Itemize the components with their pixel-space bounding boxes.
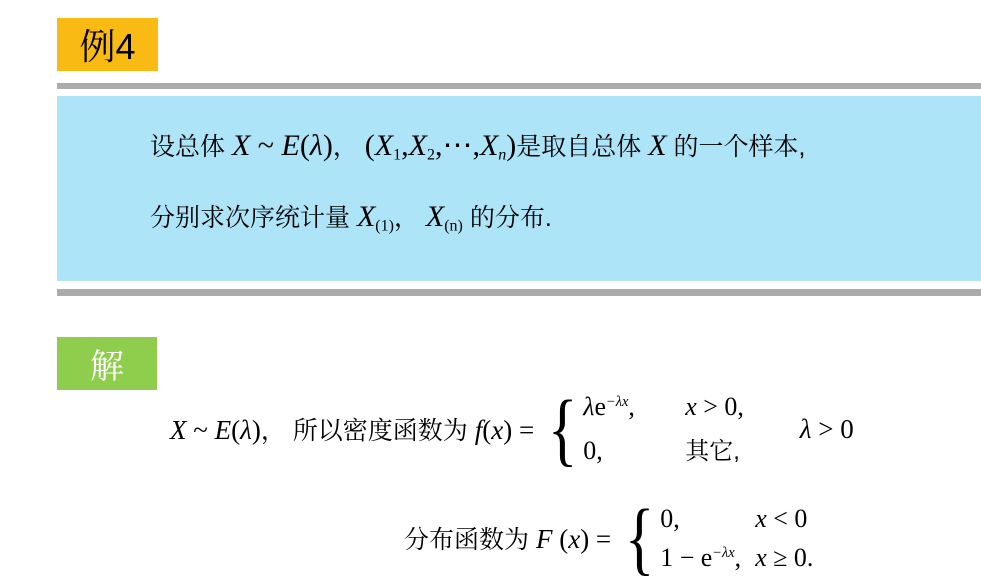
text-segment: X xyxy=(170,415,187,445)
distribution-case-1-condition: x < 0 xyxy=(755,504,807,534)
text-segment: x xyxy=(685,392,697,421)
text-segment: λ xyxy=(583,392,594,421)
text-segment: ， xyxy=(394,204,426,232)
text-segment: E xyxy=(215,415,232,445)
density-case-row-1: λe−λx, x > 0, xyxy=(583,392,744,422)
text-segment: X xyxy=(480,129,498,162)
text-segment: < 0 xyxy=(767,504,808,533)
divider-top xyxy=(57,83,981,89)
text-segment: ， 所以密度函数为 xyxy=(261,417,475,445)
density-case-1-expression: λe−λx, xyxy=(583,392,685,422)
text-segment: ) xyxy=(323,129,333,162)
problem-box: 设总体 X ~ E(λ)， (X1,X2,⋯,Xn)是取自总体 X 的一个样本,… xyxy=(57,96,981,281)
divider-bottom xyxy=(57,289,981,296)
example-badge: 例4 xyxy=(57,18,158,71)
text-segment: −λx xyxy=(606,394,628,410)
text-segment: X xyxy=(409,129,427,162)
text-segment: ) xyxy=(252,415,261,445)
lambda-positive-condition: λ > 0 xyxy=(800,414,854,445)
text-segment: ,⋯, xyxy=(435,129,480,162)
density-cases: λe−λx, x > 0, 0, 其它, xyxy=(583,392,744,466)
distribution-cases: 0, x < 0 1 − e−λx, x ≥ 0. xyxy=(660,504,813,573)
text-segment: , xyxy=(401,129,409,162)
text-segment: X xyxy=(375,129,393,162)
text-segment: ~ xyxy=(250,129,281,162)
density-case-2-expression: 0, xyxy=(583,436,685,466)
text-segment: 1 xyxy=(393,146,401,163)
text-segment: X xyxy=(648,129,666,162)
text-segment: 2 xyxy=(427,146,435,163)
distribution-case-2-condition: x ≥ 0. xyxy=(755,543,813,573)
text-segment: λ xyxy=(800,414,812,444)
text-segment: , xyxy=(735,543,741,572)
text-segment: ( xyxy=(300,129,310,162)
density-function-formula: X ~ E(λ)， 所以密度函数为 f(x) = { λe−λx, x > 0,… xyxy=(170,388,854,470)
distribution-case-row-1: 0, x < 0 xyxy=(660,504,813,534)
distribution-case-row-2: 1 − e−λx, x ≥ 0. xyxy=(660,543,813,573)
text-segment: X xyxy=(357,200,375,233)
text-segment: 设总体 xyxy=(150,133,232,161)
density-case-row-2: 0, 其它, xyxy=(583,431,744,466)
density-case-1-condition: x > 0, xyxy=(685,392,744,422)
left-brace: { xyxy=(548,388,578,470)
text-segment: ( xyxy=(231,415,240,445)
text-segment: e xyxy=(595,392,607,421)
text-segment: ) = xyxy=(503,415,541,445)
text-segment: 其它, xyxy=(685,438,740,465)
text-segment: > 0 xyxy=(812,414,854,444)
text-segment: > 0, xyxy=(697,392,744,421)
distribution-function-formula: 分布函数为 F (x) = { 0, x < 0 1 − e−λx, x ≥ 0… xyxy=(404,496,813,580)
text-segment: E xyxy=(282,129,300,162)
text-segment: ~ xyxy=(187,415,215,445)
text-segment: ( xyxy=(365,129,375,162)
text-segment: x xyxy=(755,543,767,572)
text-segment: X xyxy=(426,200,444,233)
text-segment: x xyxy=(755,504,767,533)
text-segment: λ xyxy=(240,415,252,445)
problem-statement-line-1: 设总体 X ~ E(λ)， (X1,X2,⋯,Xn)是取自总体 X 的一个样本, xyxy=(150,123,805,178)
text-segment: 分别求次序统计量 xyxy=(150,204,357,232)
text-segment: ≥ 0. xyxy=(767,543,814,572)
text-segment: F xyxy=(536,524,553,554)
text-segment: 0, xyxy=(660,504,679,533)
left-brace: { xyxy=(625,497,655,579)
text-segment: X xyxy=(232,129,250,162)
text-segment: ) xyxy=(506,129,516,162)
solution-badge: 解 xyxy=(57,337,157,390)
density-formula-prefix: X ~ E(λ)， 所以密度函数为 f(x) = xyxy=(170,411,541,447)
text-segment: (n) xyxy=(444,217,463,234)
distribution-case-2-expression: 1 − e−λx, xyxy=(660,543,755,573)
density-case-2-condition: 其它, xyxy=(685,431,740,466)
text-segment: 0, xyxy=(583,436,602,465)
text-segment: , xyxy=(628,392,634,421)
text-segment: 的分布. xyxy=(463,204,552,232)
text-segment: ) = xyxy=(580,524,618,554)
text-segment: ( xyxy=(482,415,491,445)
text-segment: −λx xyxy=(712,545,734,561)
text-segment: x xyxy=(568,524,580,554)
text-segment: 是取自总体 xyxy=(516,133,648,161)
text-segment: λ xyxy=(310,129,323,162)
slide: 例4 设总体 X ~ E(λ)， (X1,X2,⋯,Xn)是取自总体 X 的一个… xyxy=(0,0,981,585)
distribution-case-1-expression: 0, xyxy=(660,504,755,534)
distribution-formula-prefix: 分布函数为 F (x) = xyxy=(404,520,618,556)
text-segment: (1) xyxy=(375,217,394,234)
text-segment: 分布函数为 xyxy=(404,526,536,554)
text-segment: ( xyxy=(552,524,568,554)
problem-statement-line-2: 分别求次序统计量 X(1)， X(n) 的分布. xyxy=(150,194,552,249)
text-segment: ， xyxy=(333,133,365,161)
text-segment: 的一个样本, xyxy=(667,133,806,161)
text-segment: x xyxy=(491,415,503,445)
text-segment: 1 − e xyxy=(660,543,712,572)
